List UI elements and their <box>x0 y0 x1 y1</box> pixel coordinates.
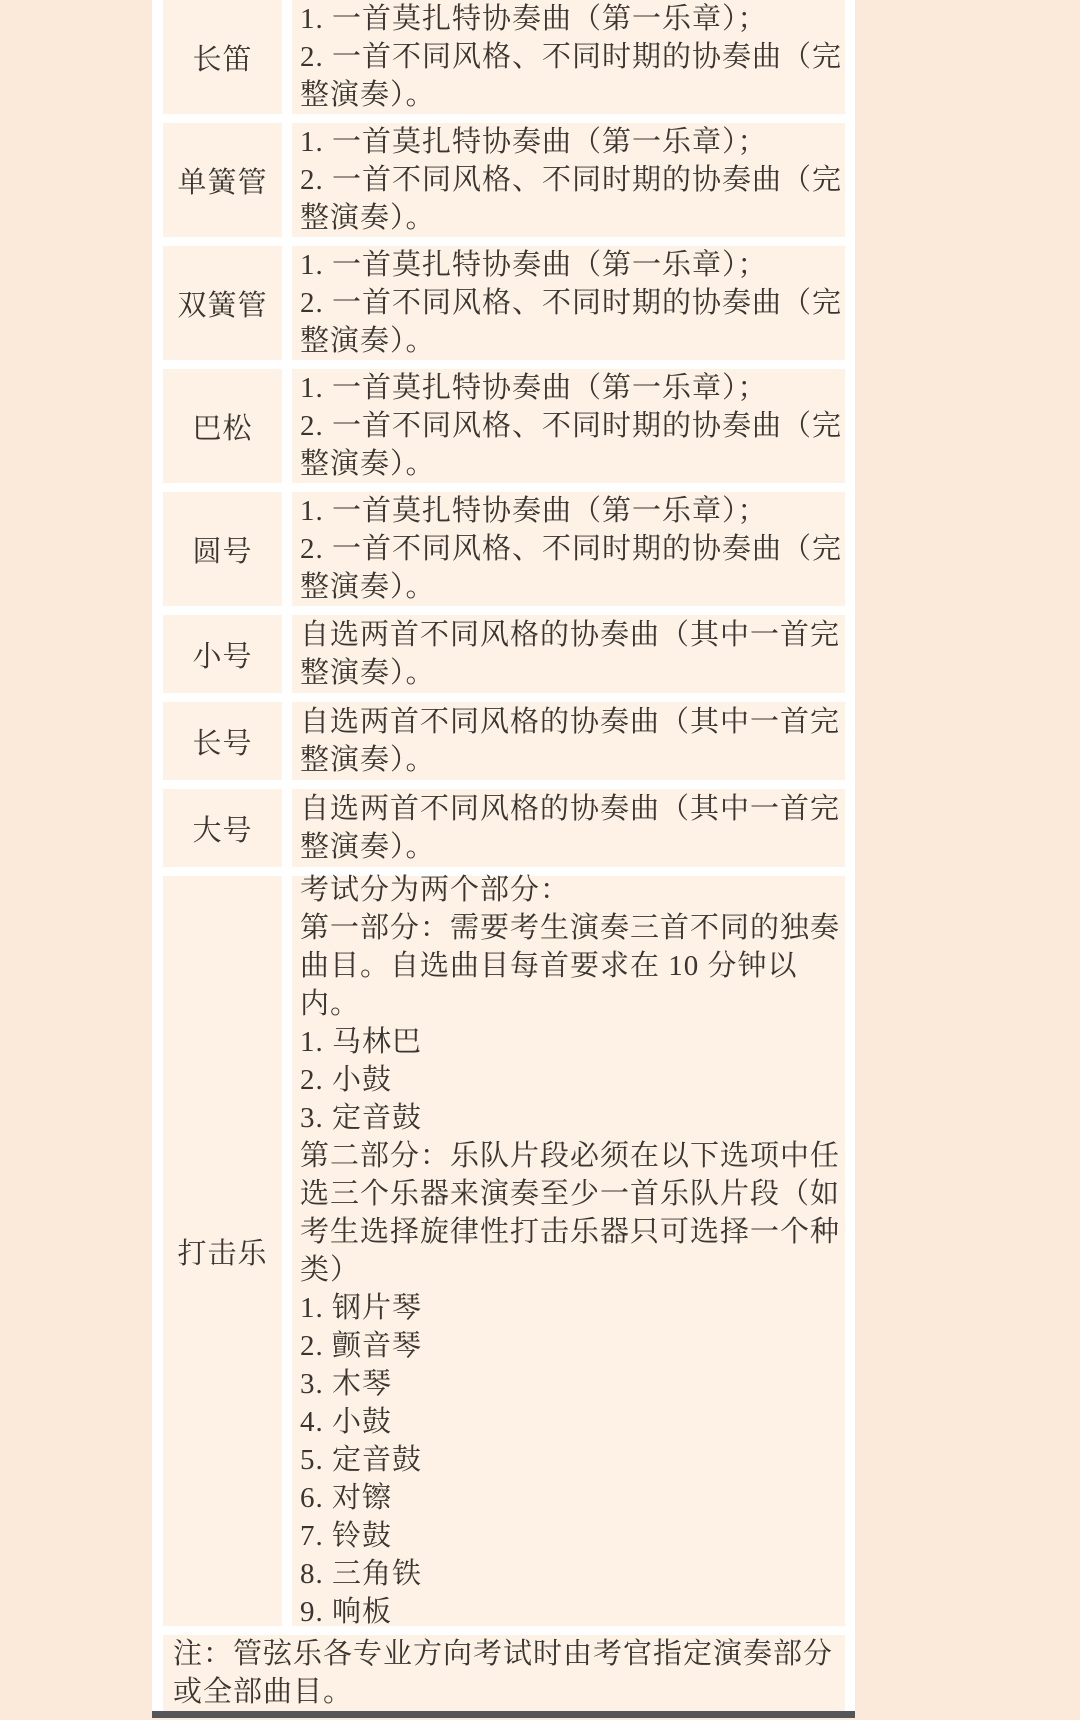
table-row: 巴松 1. 一首莫扎特协奏曲（第一乐章）； 2. 一首不同风格、不同时期的协奏曲… <box>163 369 845 483</box>
bottom-divider <box>152 1711 855 1718</box>
table-row: 单簧管 1. 一首莫扎特协奏曲（第一乐章）； 2. 一首不同风格、不同时期的协奏… <box>163 123 845 237</box>
requirement-text: 1. 一首莫扎特协奏曲（第一乐章）； 2. 一首不同风格、不同时期的协奏曲（完整… <box>292 369 845 483</box>
table-note-row: 注：管弦乐各专业方向考试时由考官指定演奏部分或全部曲目。 <box>163 1635 845 1711</box>
requirement-text: 自选两首不同风格的协奏曲（其中一首完整演奏）。 <box>292 789 845 867</box>
instrument-label: 小号 <box>163 615 282 693</box>
instrument-label: 单簧管 <box>163 123 282 237</box>
table-row: 小号 自选两首不同风格的协奏曲（其中一首完整演奏）。 <box>163 615 845 693</box>
requirement-text: 1. 一首莫扎特协奏曲（第一乐章）； 2. 一首不同风格、不同时期的协奏曲（完整… <box>292 123 845 237</box>
table-row: 圆号 1. 一首莫扎特协奏曲（第一乐章）； 2. 一首不同风格、不同时期的协奏曲… <box>163 492 845 606</box>
table-row: 长号 自选两首不同风格的协奏曲（其中一首完整演奏）。 <box>163 702 845 780</box>
table-row: 长笛 1. 一首莫扎特协奏曲（第一乐章）； 2. 一首不同风格、不同时期的协奏曲… <box>163 0 845 114</box>
exam-requirements-table: 长笛 1. 一首莫扎特协奏曲（第一乐章）； 2. 一首不同风格、不同时期的协奏曲… <box>152 0 855 1711</box>
instrument-label: 巴松 <box>163 369 282 483</box>
requirement-text: 1. 一首莫扎特协奏曲（第一乐章）； 2. 一首不同风格、不同时期的协奏曲（完整… <box>292 0 845 114</box>
instrument-label: 双簧管 <box>163 246 282 360</box>
instrument-label: 长笛 <box>163 0 282 114</box>
requirement-text: 考试分为两个部分： 第一部分：需要考生演奏三首不同的独奏曲目。自选曲目每首要求在… <box>292 876 845 1626</box>
instrument-label: 圆号 <box>163 492 282 606</box>
requirement-text: 1. 一首莫扎特协奏曲（第一乐章）； 2. 一首不同风格、不同时期的协奏曲（完整… <box>292 246 845 360</box>
table-row: 双簧管 1. 一首莫扎特协奏曲（第一乐章）； 2. 一首不同风格、不同时期的协奏… <box>163 246 845 360</box>
table-row: 打击乐 考试分为两个部分： 第一部分：需要考生演奏三首不同的独奏曲目。自选曲目每… <box>163 876 845 1626</box>
instrument-label: 长号 <box>163 702 282 780</box>
requirement-text: 1. 一首莫扎特协奏曲（第一乐章）； 2. 一首不同风格、不同时期的协奏曲（完整… <box>292 492 845 606</box>
instrument-label: 打击乐 <box>163 876 282 1626</box>
table-rows-container: 长笛 1. 一首莫扎特协奏曲（第一乐章）； 2. 一首不同风格、不同时期的协奏曲… <box>163 0 845 1626</box>
page-background: 长笛 1. 一首莫扎特协奏曲（第一乐章）； 2. 一首不同风格、不同时期的协奏曲… <box>0 0 1080 1720</box>
table-row: 大号 自选两首不同风格的协奏曲（其中一首完整演奏）。 <box>163 789 845 867</box>
requirement-text: 自选两首不同风格的协奏曲（其中一首完整演奏）。 <box>292 615 845 693</box>
instrument-label: 大号 <box>163 789 282 867</box>
table-footnote: 注：管弦乐各专业方向考试时由考官指定演奏部分或全部曲目。 <box>163 1635 845 1711</box>
requirement-text: 自选两首不同风格的协奏曲（其中一首完整演奏）。 <box>292 702 845 780</box>
